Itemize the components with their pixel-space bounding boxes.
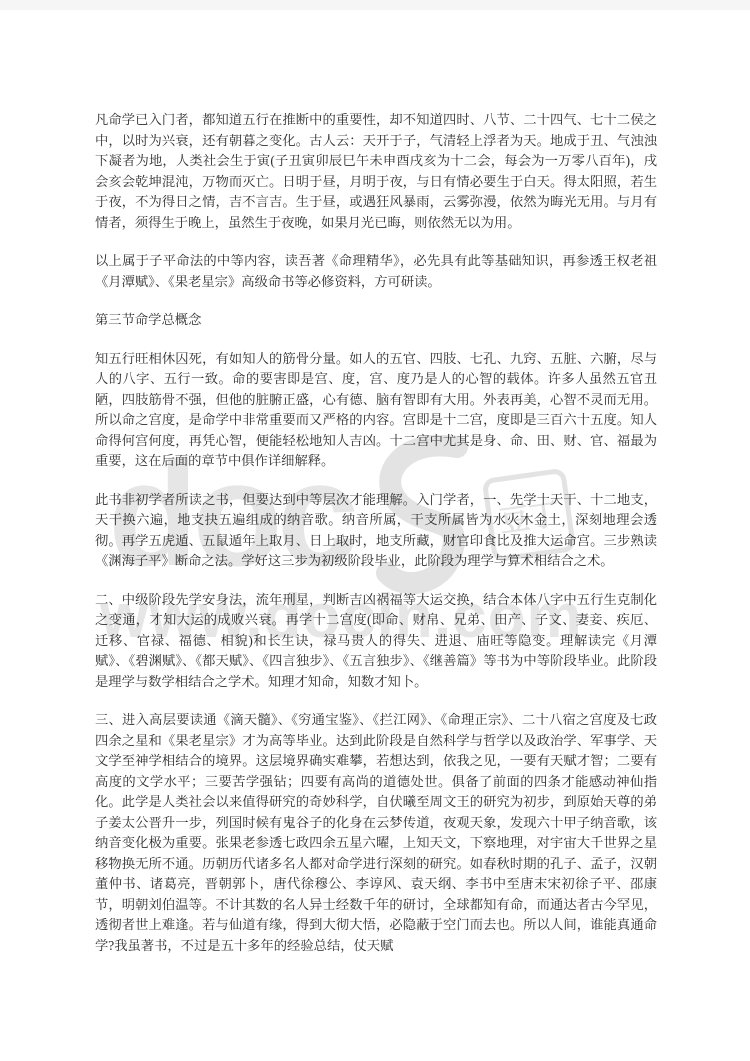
document-content: 凡命学已入门者，都知道五行在推断中的重要性，却不知道四时、八节、二十四气、七十二… [95, 110, 657, 974]
section-heading: 第三节命学总概念 [95, 310, 657, 331]
paragraph-intermediate-stage: 二、中级阶段先学安身法，流年刑星，判断吉凶祸福等大运交换，结合本体八字中五行生克… [95, 590, 657, 693]
paragraph-ziping-method: 以上属于子平命法的中等内容，读吾著《命理精华》，必先具有此等基础知识，再参透王权… [95, 251, 657, 292]
paragraph-general-concept: 知五行旺相休囚死，有如知人的筋骨分量。如人的五官、四肢、七孔、九窍、五脏、六腑，… [95, 349, 657, 472]
paragraph-advanced-stage: 三、进入高层要读通《滴天髓》、《穷通宝鉴》、《拦江网》、《命理正宗》、二十八宿之… [95, 710, 657, 956]
document-page: doc 豆丁 www.docin.com 凡命学已入门者，都知道五行在推断中的重… [0, 0, 750, 1061]
paragraph-intro-five-elements: 凡命学已入门者，都知道五行在推断中的重要性，却不知道四时、八节、二十四气、七十二… [95, 110, 657, 233]
page-top-strip [0, 0, 750, 10]
paragraph-beginner-stage: 此书非初学者所读之书，但要达到中等层次才能理解。入门学者，一、先学十天干、十二地… [95, 490, 657, 572]
